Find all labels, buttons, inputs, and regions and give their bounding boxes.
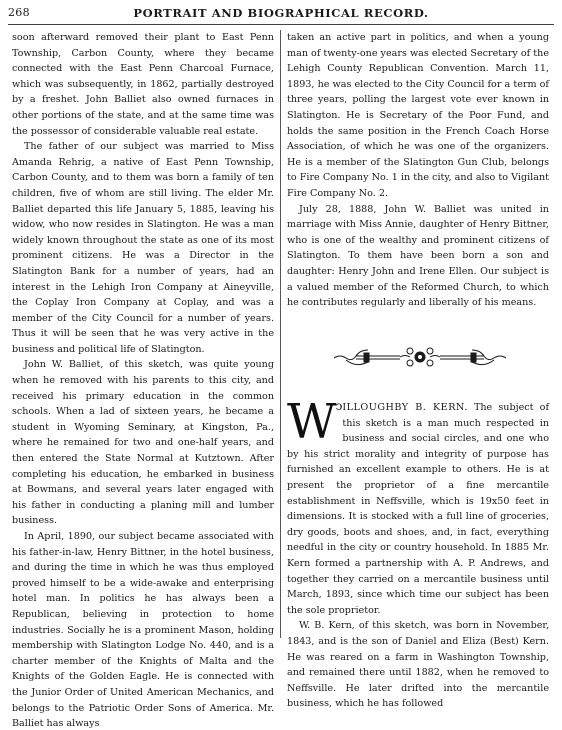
flourish-icon: ↄ (336, 400, 343, 412)
drop-cap: Wↄ (287, 402, 336, 446)
paragraph: John W. Balliet, of this sketch, was qui… (12, 357, 274, 529)
paragraph: July 28, 1888, John W. Balliet was unite… (287, 202, 549, 311)
right-column: taken an active part in politics, and wh… (287, 30, 549, 311)
page-header: 268 PORTRAIT AND BIOGRAPHICAL RECORD. (8, 4, 554, 22)
paragraph: The father of our subject was married to… (12, 139, 274, 357)
paragraph: W. B. Kern, of this sketch, was born in … (287, 618, 549, 712)
paragraph: Wↄ ILLOUGHBY B. KERN. The subject of thi… (287, 400, 549, 618)
kern-biography: Wↄ ILLOUGHBY B. KERN. The subject of thi… (287, 400, 549, 712)
running-title: PORTRAIT AND BIOGRAPHICAL RECORD. (8, 6, 554, 20)
paragraph: In April, 1890, our subject became assoc… (12, 529, 274, 730)
header-rule (8, 24, 554, 25)
column-divider (280, 30, 281, 638)
decorative-divider-icon (330, 342, 510, 372)
subject-name: ILLOUGHBY B. KERN. (342, 402, 467, 413)
paragraph: soon afterward removed their plant to Ea… (12, 30, 274, 139)
paragraph: taken an active part in politics, and wh… (287, 30, 549, 202)
left-column: soon afterward removed their plant to Ea… (12, 30, 274, 730)
